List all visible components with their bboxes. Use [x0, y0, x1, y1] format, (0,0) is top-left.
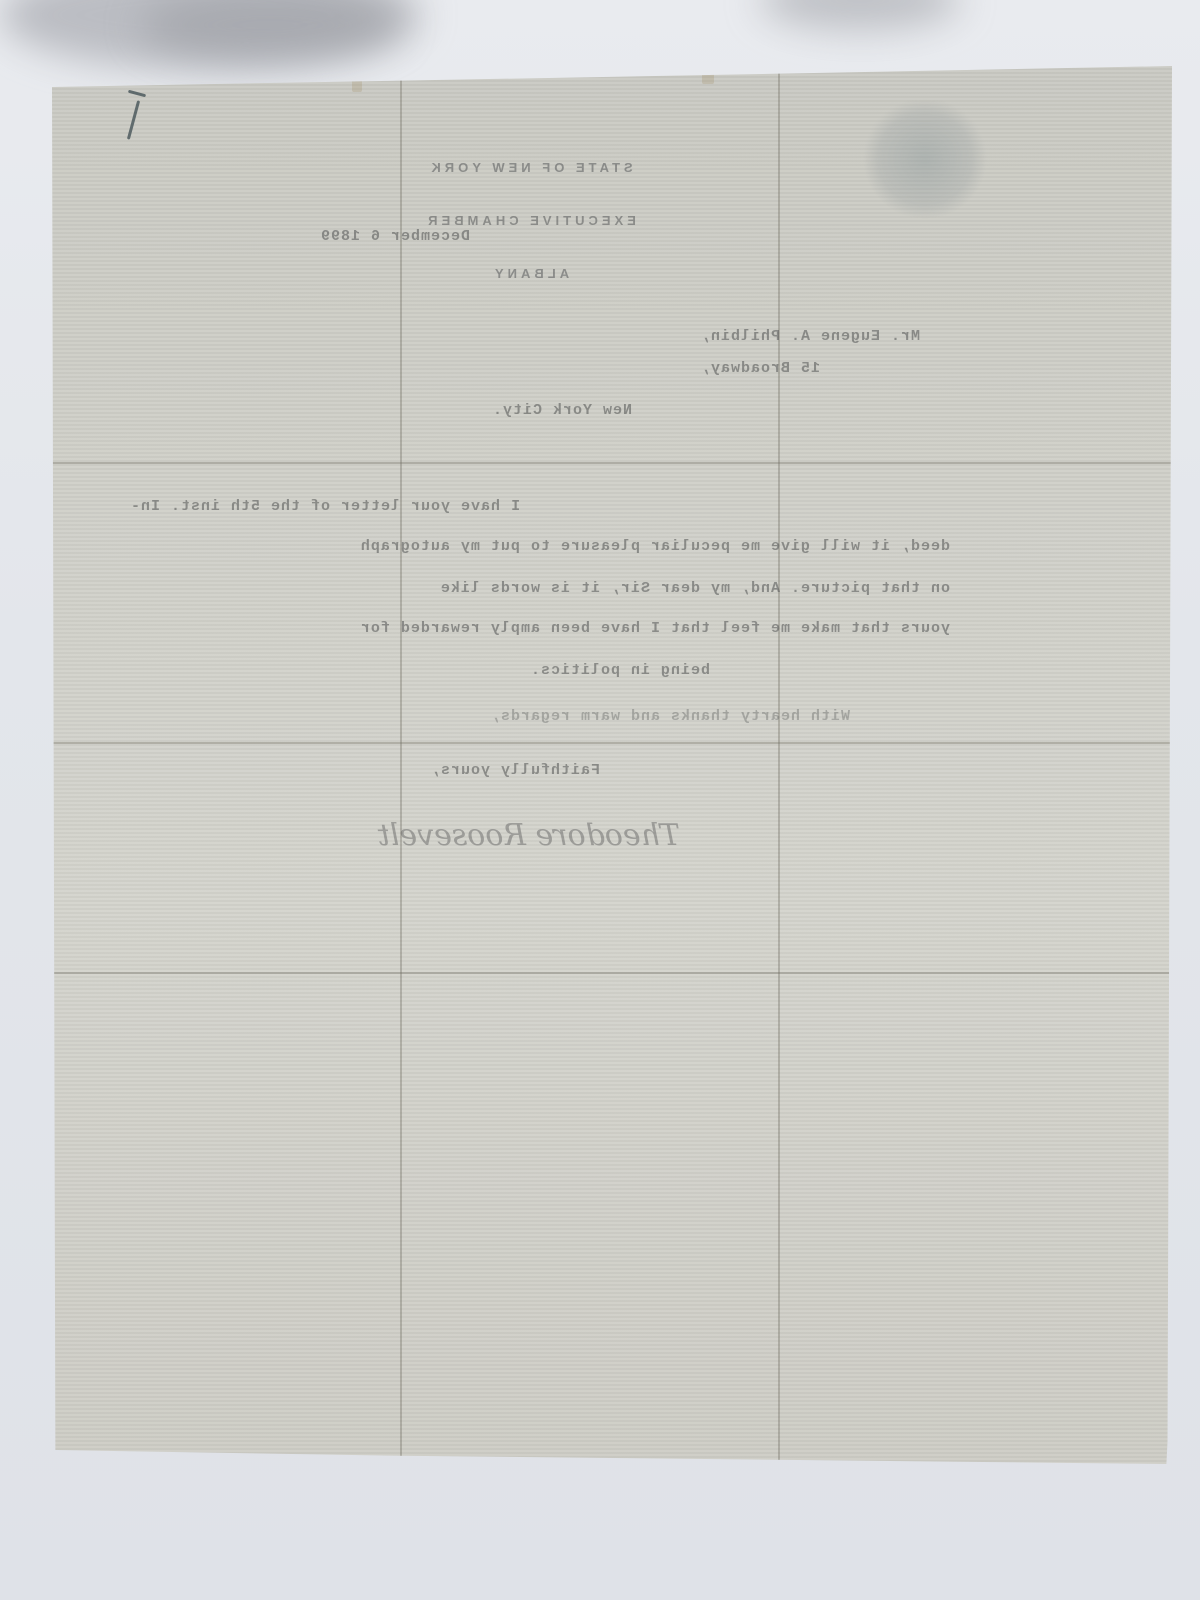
body-line: I have your letter of the 5th inst. In- — [130, 498, 830, 515]
letterhead-line: EXECUTIVE CHAMBER — [370, 213, 690, 228]
stain — [702, 66, 714, 84]
fold-line — [52, 462, 1172, 464]
recipient-city: New York City. — [432, 402, 632, 419]
state-seal-emblem — [865, 100, 985, 218]
letterhead-line: ALBANY — [370, 266, 690, 281]
recipient-address: 15 Broadway, — [640, 360, 820, 377]
valediction: Faithfully yours, — [380, 762, 600, 779]
body-line: being in politics. — [560, 662, 710, 679]
recipient-name: Mr. Eugene A. Philbin, — [600, 328, 920, 345]
date-line: December 6 1899 — [240, 228, 470, 245]
letterhead-line: STATE OF NEW YORK — [370, 160, 690, 175]
fold-line — [52, 742, 1172, 744]
stain — [352, 70, 362, 92]
body-line: deed, it will give me peculiar pleasure … — [130, 538, 950, 555]
body-line: on that picture. And, my dear Sir, it is… — [258, 580, 950, 597]
background-shadow — [760, 0, 960, 30]
letterhead: STATE OF NEW YORK EXECUTIVE CHAMBER ALBA… — [370, 130, 690, 296]
closing-line: With hearty thanks and warm regards, — [380, 708, 850, 725]
signature: Theodore Roosevelt — [80, 818, 680, 853]
fold-line — [778, 66, 780, 1464]
fold-line — [52, 972, 1172, 974]
body-line: yours that make me feel that I have been… — [258, 620, 950, 637]
